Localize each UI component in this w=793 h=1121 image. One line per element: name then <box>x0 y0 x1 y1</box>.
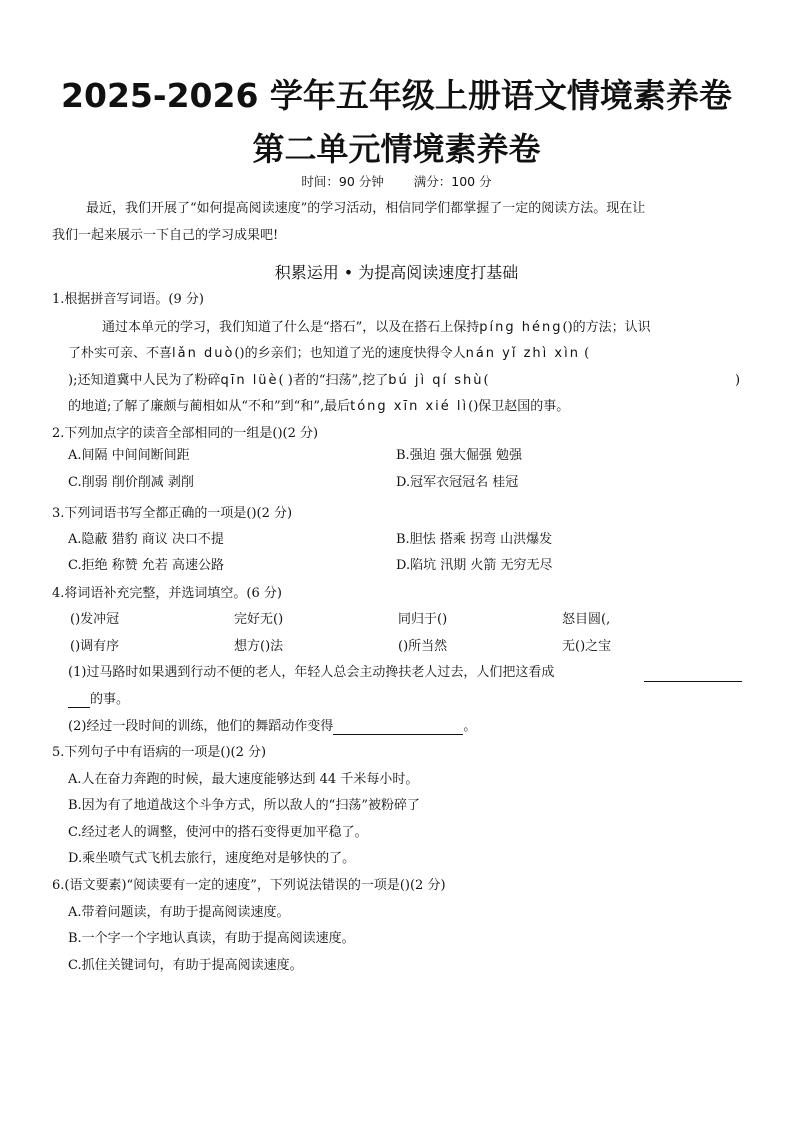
q3-option-c[interactable]: C.拒绝 称赞 允若 高速公路 <box>68 558 224 574</box>
pinyin: píng héng <box>479 320 562 335</box>
pinyin: nán yǐ zhì xìn <box>466 346 580 361</box>
q1-title: 1.根据拼音写词语。(9 分) <box>52 292 204 308</box>
q5-option-b[interactable]: B.因为有了地道战这个斗争方式，所以敌人的“扫荡”被粉碎了 <box>68 798 420 814</box>
q4-blank-1[interactable] <box>644 667 742 682</box>
q1-line-1: 通过本单元的学习，我们知道了什么是“搭石”，以及在搭石上保持píng héng(… <box>102 320 651 336</box>
score-label: 满分：100 分 <box>414 172 492 190</box>
q1-line-2: 了朴实可亲、不喜lǎn duò()的乡亲们；也知道了光的速度快得令人nán yǐ… <box>68 346 589 362</box>
q5-option-d[interactable]: D.乘坐喷气式飞机去旅行，速度绝对是够快的了。 <box>68 851 355 867</box>
q4-word: 无()之宝 <box>562 639 611 655</box>
q5-option-a[interactable]: A.人在奋力奔跑的时候，最大速度能够达到 44 千米每小时。 <box>68 772 418 788</box>
q3-title: 3.下列词语书写全都正确的一项是()(2 分) <box>52 506 292 522</box>
q2-option-d[interactable]: D.冠军衣冠冠名 桂冠 <box>396 475 518 491</box>
q6-title: 6.(语文要素)“阅读要有一定的速度”，下列说法错误的一项是()(2 分) <box>52 878 446 894</box>
exam-subtitle: 第二单元情境素养卷 <box>0 124 793 170</box>
q6-option-c[interactable]: C.抓住关键词句，有助于提高阅读速度。 <box>68 958 303 974</box>
q1-line-3: );还知道冀中人民为了粉碎qīn lüè( )者的“扫荡”,挖了bú jì qí… <box>68 373 489 389</box>
section-title: 积累运用 • 为提高阅读速度打基础 <box>0 260 793 283</box>
q1-line-4: 的地道;了解了廉颇与蔺相如从“不和”到“和”,最后tóng xīn xié lì… <box>68 399 569 415</box>
q4-word: 怒目圆(, <box>562 612 610 628</box>
q6-option-b[interactable]: B.一个字一个字地认真读，有助于提高阅读速度。 <box>68 931 355 947</box>
q6-option-a[interactable]: A.带着问题读，有助于提高阅读速度。 <box>68 905 290 921</box>
q4-blank-2[interactable] <box>333 720 463 735</box>
q4-sentence-1: (1)过马路时如果遇到行动不便的老人，年轻人总会主动搀扶老人过去，人们把这看成 <box>68 665 554 681</box>
q3-option-b[interactable]: B.胆怯 搭乘 拐弯 山洪爆发 <box>396 532 552 548</box>
exam-meta: 时间：90 分钟满分：100 分 <box>0 172 793 190</box>
q2-option-a[interactable]: A.间隔 中间间断间距 <box>68 448 190 464</box>
q5-option-c[interactable]: C.经过老人的调整，使河中的搭石变得更加平稳了。 <box>68 825 368 841</box>
pinyin: bú jì qí shù <box>388 373 483 388</box>
q4-word: ()发冲冠 <box>70 612 119 628</box>
q5-title: 5.下列句子中有语病的一项是()(2 分) <box>52 745 266 761</box>
q3-option-a[interactable]: A.隐蔽 猎豹 商议 决口不提 <box>68 532 224 548</box>
q4-word: ()调有序 <box>70 639 119 655</box>
q4-word: ()所当然 <box>398 639 447 655</box>
q4-word: 同归于() <box>398 612 447 628</box>
q2-title: 2.下列加点字的读音全部相同的一组是()(2 分) <box>52 426 318 442</box>
time-label: 时间：90 分钟 <box>301 172 383 190</box>
q4-sentence-2: (2)经过一段时间的训练，他们的舞蹈动作变得。 <box>68 719 476 735</box>
pinyin: lǎn duò <box>172 346 234 361</box>
intro-line-1: 最近，我们开展了“如何提高阅读速度”的学习活动，相信同学们都掌握了一定的阅读方法… <box>86 201 645 217</box>
pinyin: qīn lüè <box>220 373 278 388</box>
pinyin: tóng xīn xié lì <box>350 399 468 414</box>
q2-option-c[interactable]: C.削弱 削价削减 剥削 <box>68 475 194 491</box>
exam-title: 2025-2026 学年五年级上册语文情境素养卷 <box>0 70 793 117</box>
q4-blank-1-cont[interactable] <box>68 693 90 708</box>
q4-sentence-1-end: 的事。 <box>68 692 129 708</box>
q4-word: 想方()法 <box>234 639 283 655</box>
q2-option-b[interactable]: B.强迫 强大倔强 勉强 <box>396 448 522 464</box>
q1-line-3-close: ) <box>735 373 740 389</box>
q3-option-d[interactable]: D.陷坑 汛期 火箭 无穷无尽 <box>396 558 553 574</box>
q4-title: 4.将词语补充完整，并选词填空。(6 分) <box>52 586 282 602</box>
q4-word: 完好无() <box>234 612 283 628</box>
intro-line-2: 我们一起来展示一下自己的学习成果吧! <box>52 228 278 244</box>
